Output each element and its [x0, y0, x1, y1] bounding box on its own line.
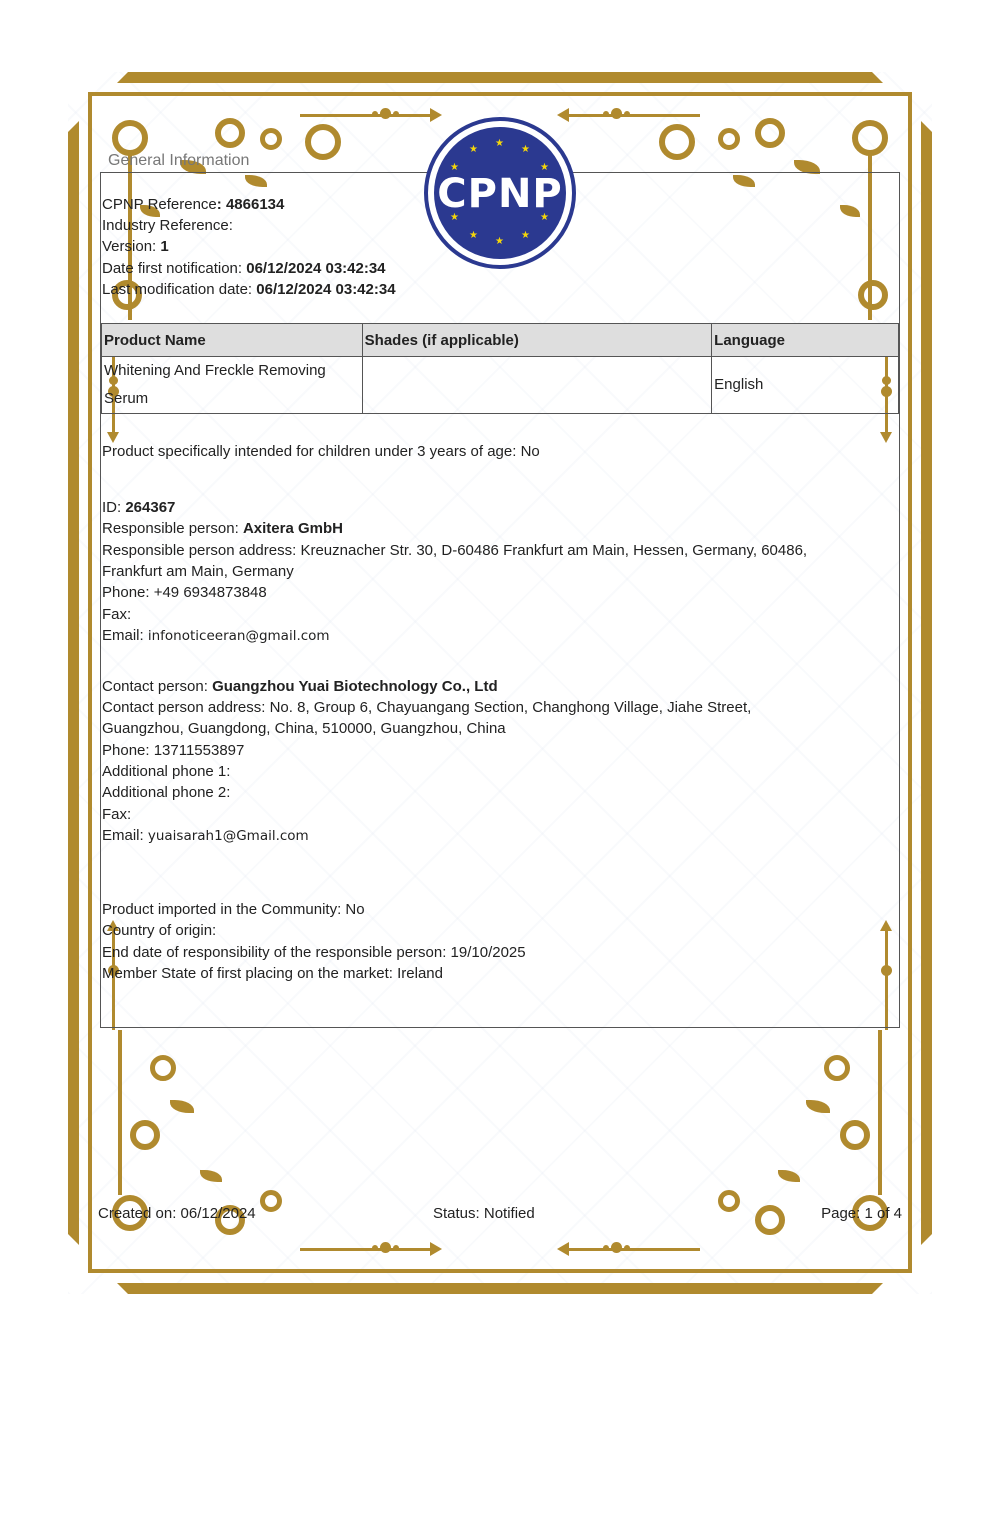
- industry-reference: Industry Reference:: [102, 215, 233, 236]
- table-row: Whitening And Freckle Removing Serum Eng…: [102, 357, 899, 414]
- product-table: Product Name Shades (if applicable) Lang…: [101, 323, 899, 414]
- date-first-notification-value: 06/12/2024 03:42:34: [246, 260, 385, 277]
- last-modification-date: Last modification date: 06/12/2024 03:42…: [102, 279, 396, 300]
- cell-shades: [362, 357, 712, 414]
- responsible-person-value: Axitera GmbH: [243, 520, 343, 537]
- responsible-email: Email: infonoticeeran@gmail.com: [102, 625, 330, 647]
- contact-email-value: yuaisarah1@Gmail.com: [148, 828, 309, 844]
- responsible-fax: Fax:: [102, 604, 131, 625]
- star-icon: ★: [469, 231, 478, 241]
- responsible-person: Responsible person: Axitera GmbH: [102, 518, 343, 539]
- contact-address-line-1: Contact person address: No. 8, Group 6, …: [102, 697, 751, 718]
- cpnp-reference: CPNP Reference: 4866134: [102, 194, 284, 215]
- star-icon: ★: [521, 231, 530, 241]
- star-icon: ★: [540, 213, 549, 223]
- section-title: General Information: [108, 152, 249, 170]
- star-icon: ★: [521, 145, 530, 155]
- footer-created-on: Created on: 06/12/2024: [98, 1205, 256, 1222]
- responsible-id-value: 264367: [125, 499, 175, 516]
- contact-person: Contact person: Guangzhou Yuai Biotechno…: [102, 676, 498, 697]
- date-first-notification: Date first notification: 06/12/2024 03:4…: [102, 258, 386, 279]
- header-language: Language: [712, 324, 899, 357]
- contact-additional-phone-1: Additional phone 1:: [102, 761, 230, 782]
- header-shades: Shades (if applicable): [362, 324, 712, 357]
- star-icon: ★: [540, 163, 549, 173]
- cell-language: English: [712, 357, 899, 414]
- contact-address-line-2: Guangzhou, Guangdong, China, 510000, Gua…: [102, 718, 506, 739]
- last-modification-value: 06/12/2024 03:42:34: [256, 281, 395, 298]
- cpnp-reference-value: 4866134: [226, 196, 284, 213]
- responsible-email-value: infonoticeeran@gmail.com: [148, 628, 330, 644]
- contact-phone: Phone: 13711553897: [102, 740, 244, 761]
- version-value: 1: [160, 238, 168, 255]
- star-icon: ★: [495, 237, 504, 247]
- responsible-address-line-1: Responsible person address: Kreuznacher …: [102, 540, 807, 561]
- cell-product-name: Whitening And Freckle Removing Serum: [102, 357, 363, 414]
- star-icon: ★: [450, 163, 459, 173]
- footer-page-number: Page: 1 of 4: [821, 1205, 902, 1222]
- logo-text: CPNP: [434, 171, 566, 217]
- star-icon: ★: [469, 145, 478, 155]
- responsible-id: ID: 264367: [102, 497, 175, 518]
- version: Version: 1: [102, 236, 169, 257]
- product-imported: Product imported in the Community: No: [102, 899, 365, 920]
- footer-status: Status: Notified: [433, 1205, 535, 1222]
- contact-fax: Fax:: [102, 804, 131, 825]
- responsible-address-line-2: Frankfurt am Main, Germany: [102, 561, 294, 582]
- contact-email: Email: yuaisarah1@Gmail.com: [102, 825, 309, 847]
- star-icon: ★: [450, 213, 459, 223]
- product-table-header: Product Name Shades (if applicable) Lang…: [102, 324, 899, 357]
- star-icon: ★: [495, 139, 504, 149]
- country-of-origin: Country of origin:: [102, 920, 216, 941]
- contact-additional-phone-2: Additional phone 2:: [102, 782, 230, 803]
- responsible-phone: Phone: +49 6934873848: [102, 582, 267, 603]
- cpnp-logo: CPNP ★★★★★★★★★★★★: [424, 117, 576, 269]
- member-state: Member State of first placing on the mar…: [102, 963, 443, 984]
- contact-person-value: Guangzhou Yuai Biotechnology Co., Ltd: [212, 678, 498, 695]
- end-date-responsibility: End date of responsibility of the respon…: [102, 942, 526, 963]
- header-product-name: Product Name: [102, 324, 363, 357]
- children-under-3: Product specifically intended for childr…: [102, 441, 540, 462]
